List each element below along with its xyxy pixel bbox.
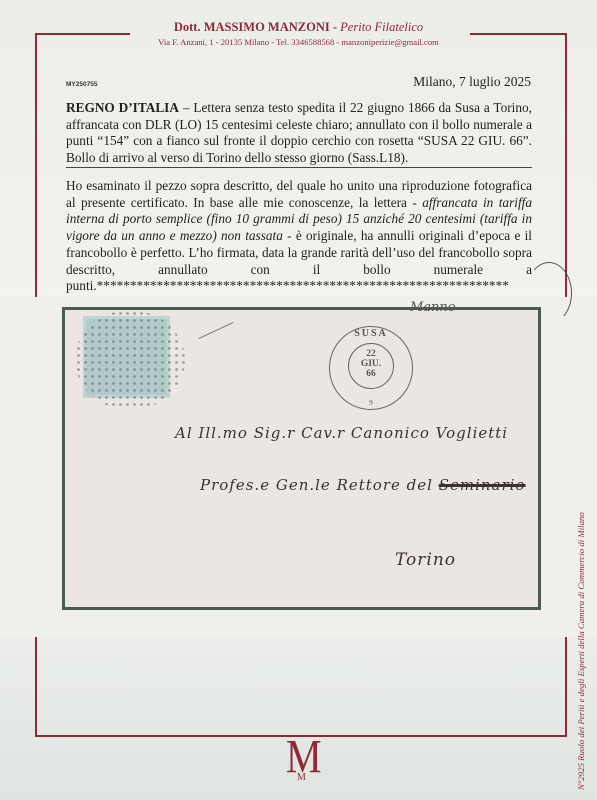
destination: Torino [395,550,456,570]
description-title: REGNO D’ITALIA [66,100,179,115]
registry-note: N°2925 Ruolo dei Periti e degli Esperti … [576,512,586,790]
monogram-logo: M M [289,744,313,786]
address-line-2: Profes.e Gen.le Rettore del Seminario [200,476,525,494]
letter-photo: SUSA 22 GIU. 66 9 Al Ill.mo Sig.r Cav.r … [62,307,541,610]
section-divider [66,167,532,168]
postmark: SUSA 22 GIU. 66 9 [329,326,413,410]
item-description: REGNO D’ITALIA – Lettera senza testo spe… [66,100,532,167]
signature-flourish [526,262,572,324]
expert-opinion: Ho esaminato il pezzo sopra descritto, d… [66,178,532,295]
expert-signature: Manno [410,300,456,315]
frame-top-left [35,33,130,35]
certificate-date: Milano, 7 luglio 2025 [413,74,531,90]
expert-role: Perito Filatelico [340,20,423,34]
frame-top-right [470,33,565,35]
pencil-mark [199,322,234,339]
expert-name: Dott. MASSIMO MANZONI [174,20,330,34]
address-line-1: Al Ill.mo Sig.r Cav.r Canonico Voglietti [175,424,508,442]
certificate-id: MY250755 [66,81,97,88]
struck-word: Seminario [439,476,526,494]
numeral-cancel [75,310,185,410]
